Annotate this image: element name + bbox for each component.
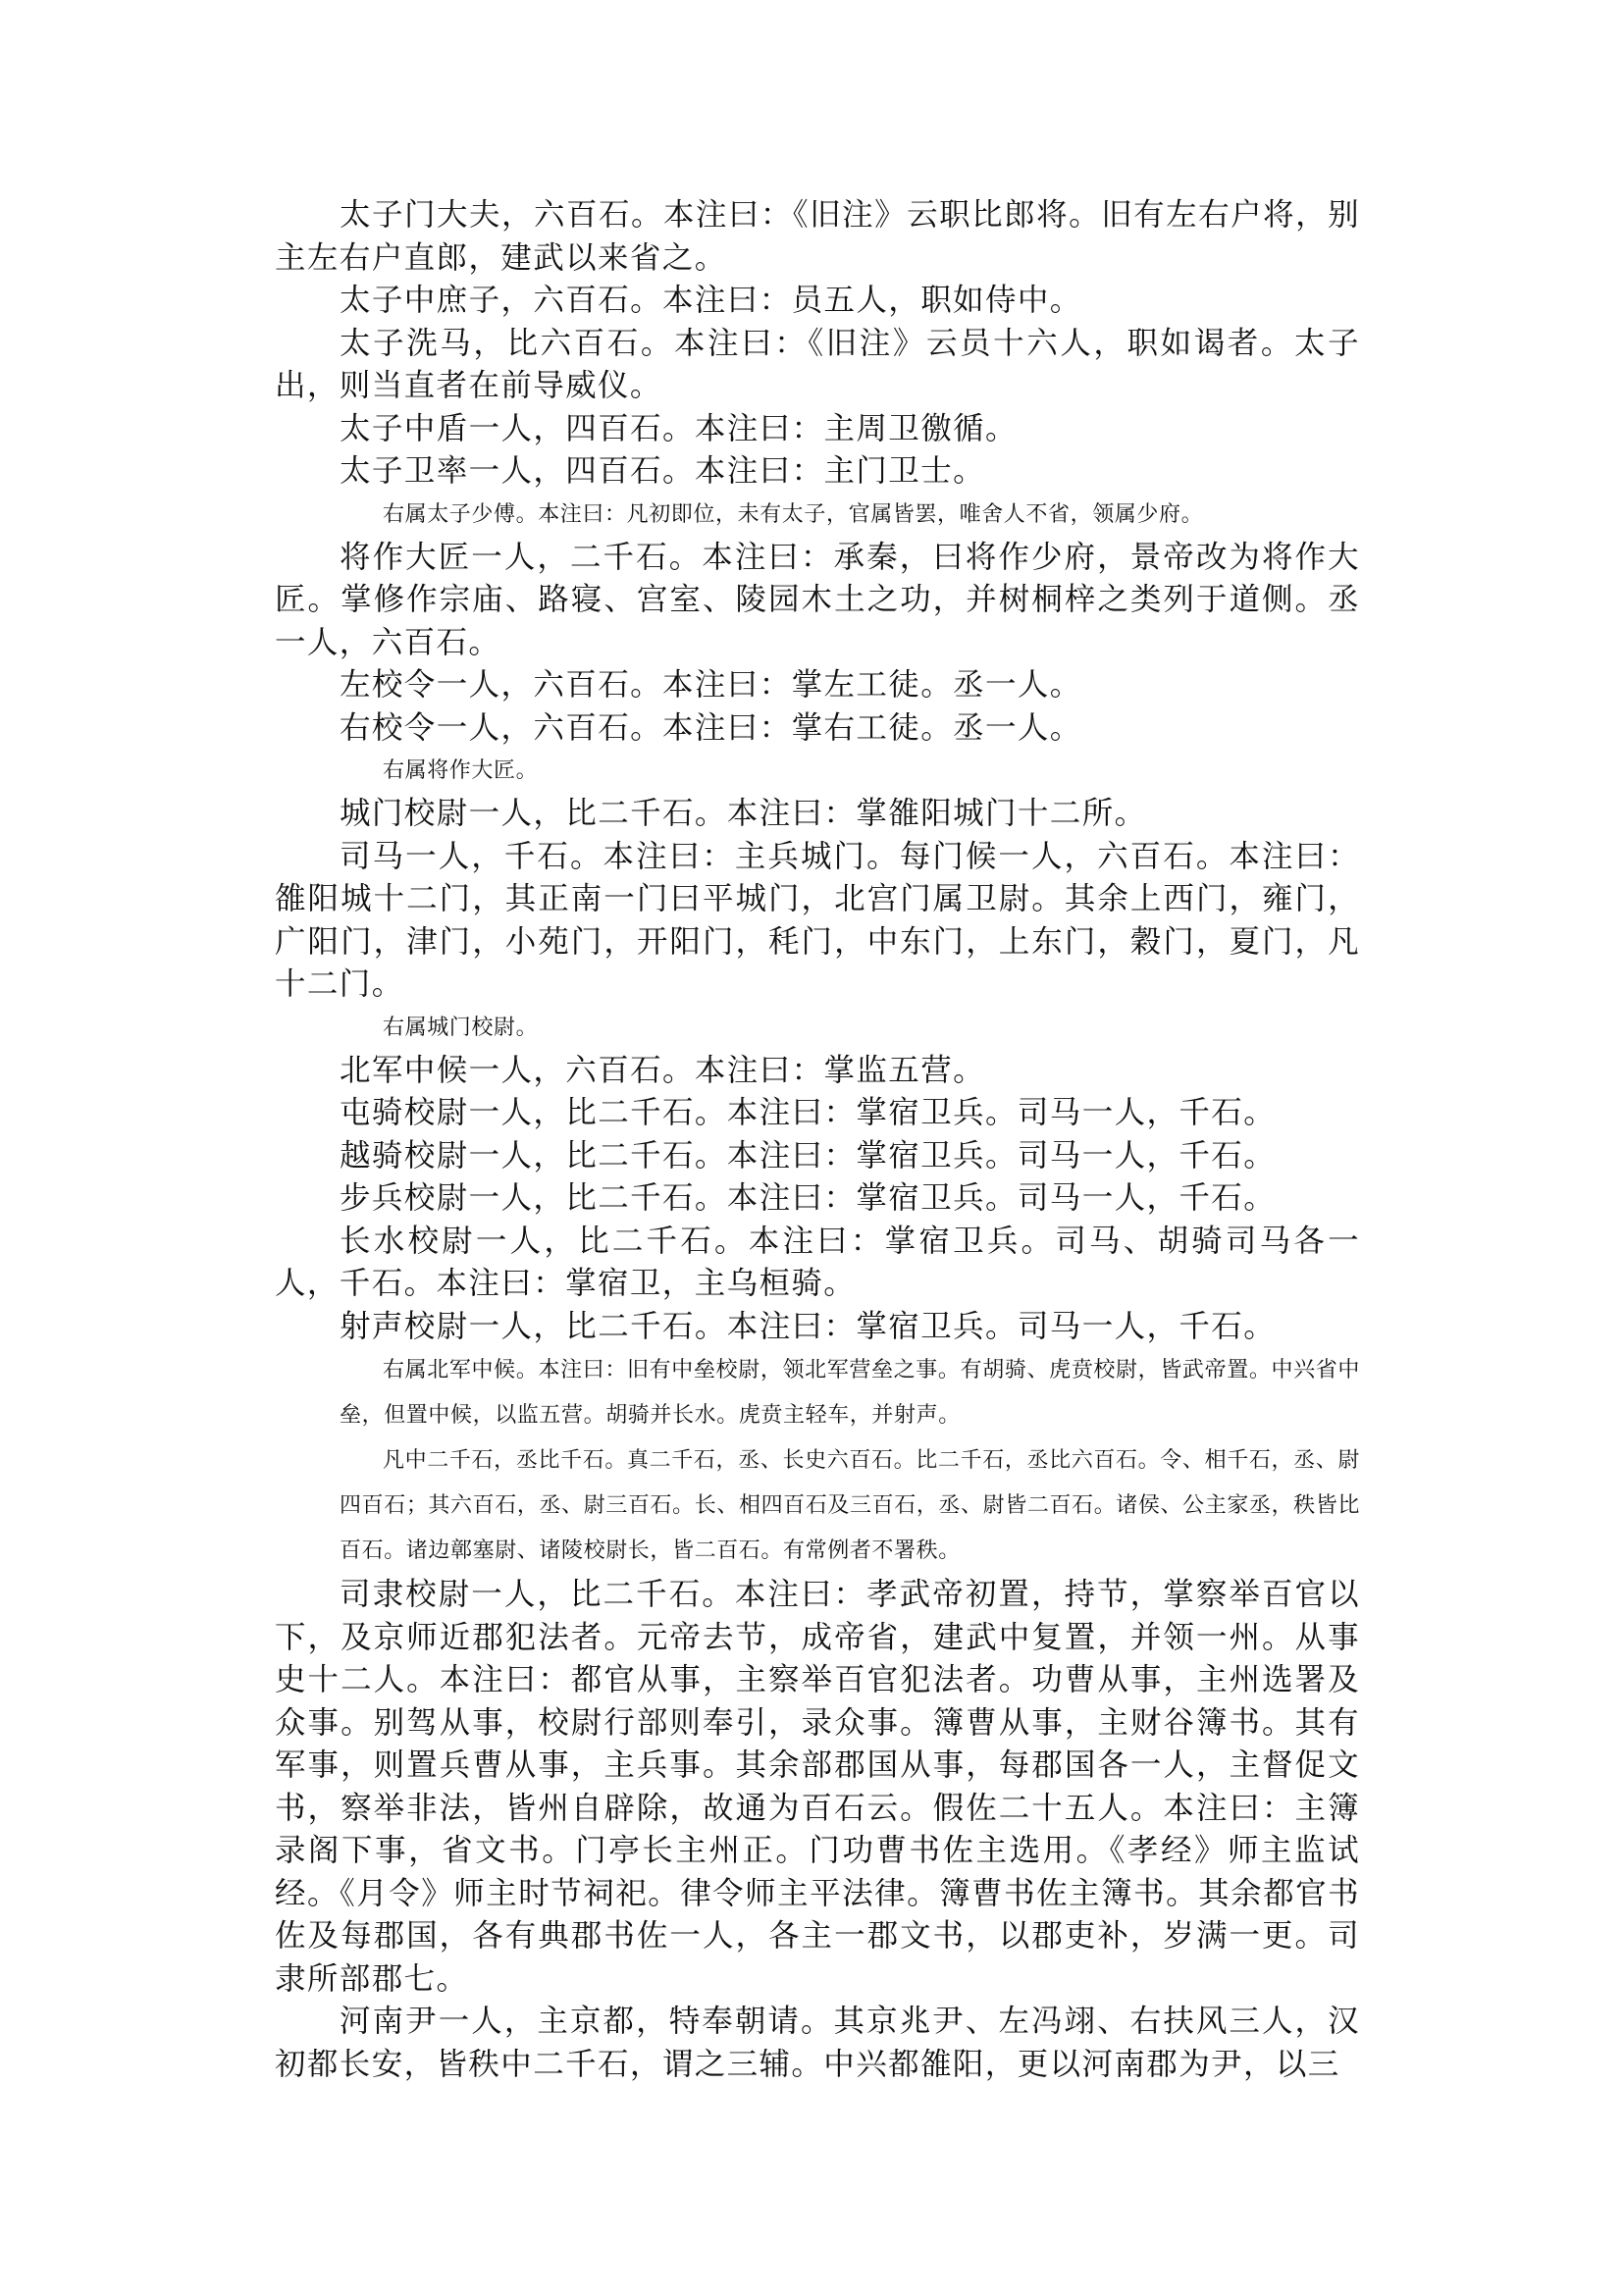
paragraph-shesheng-xiaowei: 射声校尉一人，比二千石。本注曰：掌宿卫兵。司马一人，千石。 [275,1306,1360,1349]
paragraph-henan-yin: 河南尹一人，主京都，特奉朝请。其京兆尹、左冯翊、右扶风三人，汉初都长安，皆秩中二… [275,2001,1360,2086]
note-jiangzuo-dajiang: 右属将作大匠。 [275,750,1360,793]
paragraph-taizi-zhongdun: 太子中盾一人，四百石。本注曰：主周卫徼循。 [275,408,1360,451]
paragraph-youxiao-ling: 右校令一人，六百石。本注曰：掌右工徒。丞一人。 [275,707,1360,751]
document-page: 太子门大夫，六百石。本注曰：《旧注》云职比郎将。旧有左右户将，别主左右户直郎，建… [275,194,1360,2086]
paragraph-sili-xiaowei: 司隶校尉一人，比二千石。本注曰：孝武帝初置，持节，掌察举百官以下，及京师近郡犯法… [275,1574,1360,2001]
paragraph-chengmen-xiaowei: 城门校尉一人，比二千石。本注曰：掌雒阳城门十二所。 [275,793,1360,836]
paragraph-beijun-zhonghou: 北军中候一人，六百石。本注曰：掌监五营。 [275,1050,1360,1093]
paragraph-yueqi-xiaowei: 越骑校尉一人，比二千石。本注曰：掌宿卫兵。司马一人，千石。 [275,1135,1360,1178]
paragraph-zuoxiao-ling: 左校令一人，六百石。本注曰：掌左工徒。丞一人。 [275,664,1360,707]
note-beijun-zhonghou: 右属北军中候。本注曰：旧有中垒校尉，领北军营垒之事。有胡骑、虎贲校尉，皆武帝置。… [275,1348,1360,1438]
note-chengmen-xiaowei: 右属城门校尉。 [275,1007,1360,1050]
paragraph-taizi-xianma: 太子洗马，比六百石。本注曰：《旧注》云员十六人，职如谒者。太子出，则当直者在前导… [275,323,1360,408]
note-taizi-shaofu: 右属太子少傅。本注曰：凡初即位，未有太子，官属皆罢，唯舍人不省，领属少府。 [275,494,1360,537]
paragraph-sima-chengmen: 司马一人，千石。本注曰：主兵城门。每门候一人，六百石。本注曰：雒阳城十二门，其正… [275,836,1360,1007]
paragraph-taizi-zhongshuzi: 太子中庶子，六百石。本注曰：员五人，职如侍中。 [275,280,1360,323]
paragraph-jiangzuo-dajiang: 将作大匠一人，二千石。本注曰：承秦，曰将作少府，景帝改为将作大匠。掌修作宗庙、路… [275,537,1360,665]
paragraph-taizi-mendafu: 太子门大夫，六百石。本注曰：《旧注》云职比郎将。旧有左右户将，别主左右户直郎，建… [275,194,1360,280]
paragraph-changshui-xiaowei: 长水校尉一人，比二千石。本注曰：掌宿卫兵。司马、胡骑司马各一人，千石。本注曰：掌… [275,1221,1360,1306]
paragraph-taizi-weishuai: 太子卫率一人，四百石。本注曰：主门卫士。 [275,450,1360,494]
paragraph-bubing-xiaowei: 步兵校尉一人，比二千石。本注曰：掌宿卫兵。司马一人，千石。 [275,1177,1360,1221]
paragraph-tunqi-xiaowei: 屯骑校尉一人，比二千石。本注曰：掌宿卫兵。司马一人，千石。 [275,1092,1360,1135]
note-salary-rules: 凡中二千石，丞比千石。真二千石，丞、长史六百石。比二千石，丞比六百石。令、相千石… [275,1438,1360,1574]
